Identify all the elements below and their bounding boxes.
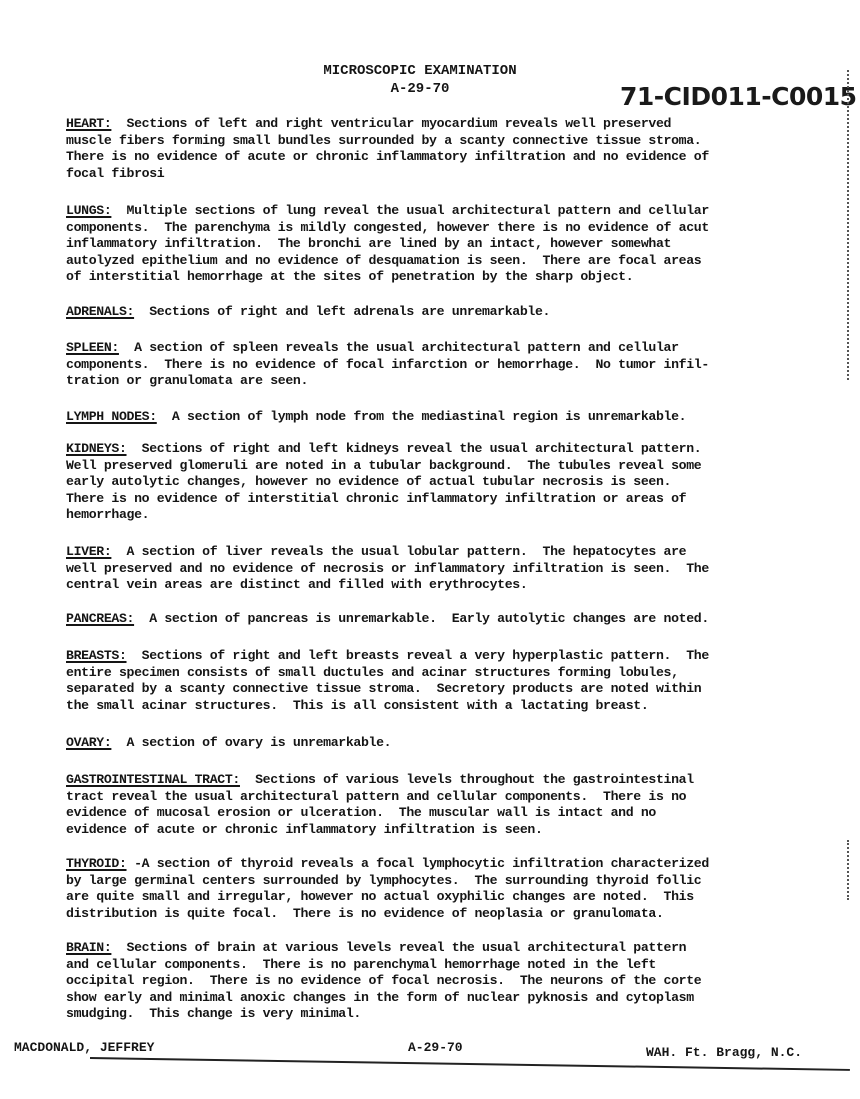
section-line: early autolytic changes, however no evid… [66, 474, 846, 491]
section-heading: SPLEEN: [66, 340, 119, 355]
section-line: OVARY: A section of ovary is unremarkabl… [66, 735, 846, 752]
section-ovary: OVARY: A section of ovary is unremarkabl… [66, 735, 846, 752]
section-line: separated by a scanty connective tissue … [66, 681, 846, 698]
section-heading: PANCREAS: [66, 611, 134, 626]
section-text: There is no evidence of acute or chronic… [66, 149, 709, 164]
section-line: smudging. This change is very minimal. [66, 1006, 846, 1023]
section-text: A section of spleen reveals the usual ar… [119, 340, 679, 355]
section-text: Sections of brain at various levels reve… [111, 940, 686, 955]
section-text: tract reveal the usual architectural pat… [66, 789, 686, 804]
section-text: and cellular components. There is no par… [66, 957, 656, 972]
section-heading: OVARY: [66, 735, 111, 750]
document-number-stamp: 71-CID011-C0015 [620, 82, 857, 111]
section-heading: LYMPH NODES: [66, 409, 157, 424]
section-line: entire specimen consists of small ductul… [66, 665, 846, 682]
section-text: the small acinar structures. This is all… [66, 698, 648, 713]
section-line: BREASTS: Sections of right and left brea… [66, 648, 846, 665]
section-line: central vein areas are distinct and fill… [66, 577, 846, 594]
section-heading: GASTROINTESTINAL TRACT: [66, 772, 240, 787]
section-text: tration or granulomata are seen. [66, 373, 308, 388]
section-line: hemorrhage. [66, 507, 846, 524]
scan-edge-marks [847, 70, 852, 380]
section-text: early autolytic changes, however no evid… [66, 474, 671, 489]
scan-edge-marks-lower [847, 840, 852, 900]
section-line: tract reveal the usual architectural pat… [66, 789, 846, 806]
section-line: show early and minimal anoxic changes in… [66, 990, 846, 1007]
section-text: Sections of left and right ventricular m… [111, 116, 671, 131]
section-text: Sections of right and left breasts revea… [127, 648, 709, 663]
section-text: A section of lymph node from the mediast… [157, 409, 686, 424]
section-text: autolyzed epithelium and no evidence of … [66, 253, 701, 268]
section-breasts: BREASTS: Sections of right and left brea… [66, 648, 846, 714]
section-line: evidence of acute or chronic inflammator… [66, 822, 846, 839]
footer-location: WAH. Ft. Bragg, N.C. [646, 1045, 802, 1060]
document-title: MICROSCOPIC EXAMINATION A-29-70 [300, 62, 540, 98]
section-line: muscle fibers forming small bundles surr… [66, 133, 846, 150]
section-thyroid: THYROID: -A section of thyroid reveals a… [66, 856, 846, 922]
section-line: autolyzed epithelium and no evidence of … [66, 253, 846, 270]
section-text: distribution is quite focal. There is no… [66, 906, 664, 921]
section-line: the small acinar structures. This is all… [66, 698, 846, 715]
section-heading: KIDNEYS: [66, 441, 127, 456]
section-line: PANCREAS: A section of pancreas is unrem… [66, 611, 846, 628]
section-text: occipital region. There is no evidence o… [66, 973, 701, 988]
section-line: occipital region. There is no evidence o… [66, 973, 846, 990]
section-line: LUNGS: Multiple sections of lung reveal … [66, 203, 846, 220]
section-line: components. The parenchyma is mildly con… [66, 220, 846, 237]
section-text: -A section of thyroid reveals a focal ly… [127, 856, 709, 871]
section-pancreas: PANCREAS: A section of pancreas is unrem… [66, 611, 846, 628]
section-text: well preserved and no evidence of necros… [66, 561, 709, 576]
section-text: There is no evidence of interstitial chr… [66, 491, 686, 506]
section-line: THYROID: -A section of thyroid reveals a… [66, 856, 846, 873]
section-lungs: LUNGS: Multiple sections of lung reveal … [66, 203, 846, 286]
section-line: KIDNEYS: Sections of right and left kidn… [66, 441, 846, 458]
section-line: tration or granulomata are seen. [66, 373, 846, 390]
section-text: inflammatory infiltration. The bronchi a… [66, 236, 671, 251]
section-line: components. There is no evidence of foca… [66, 357, 846, 374]
section-lymph-nodes: LYMPH NODES: A section of lymph node fro… [66, 409, 846, 426]
section-text: evidence of mucosal erosion or ulceratio… [66, 805, 656, 820]
section-line: There is no evidence of interstitial chr… [66, 491, 846, 508]
section-line: well preserved and no evidence of necros… [66, 561, 846, 578]
section-text: show early and minimal anoxic changes in… [66, 990, 694, 1005]
section-text: muscle fibers forming small bundles surr… [66, 133, 701, 148]
section-heading: HEART: [66, 116, 111, 131]
section-text: components. There is no evidence of foca… [66, 357, 709, 372]
section-text: Multiple sections of lung reveal the usu… [111, 203, 709, 218]
section-adrenals: ADRENALS: Sections of right and left adr… [66, 304, 846, 321]
section-line: are quite small and irregular, however n… [66, 889, 846, 906]
document-page: MICROSCOPIC EXAMINATION A-29-70 71-CID01… [0, 0, 860, 1099]
title-date: A-29-70 [300, 80, 540, 98]
section-heading: LIVER: [66, 544, 111, 559]
section-text: focal fibrosi [66, 166, 164, 181]
section-line: by large germinal centers surrounded by … [66, 873, 846, 890]
title-text: MICROSCOPIC EXAMINATION [300, 62, 540, 80]
section-heading: ADRENALS: [66, 304, 134, 319]
section-heading: BRAIN: [66, 940, 111, 955]
footer-patient-name: MACDONALD, JEFFREY [14, 1040, 154, 1055]
section-text: Well preserved glomeruli are noted in a … [66, 458, 701, 473]
section-line: HEART: Sections of left and right ventri… [66, 116, 846, 133]
section-text: hemorrhage. [66, 507, 149, 522]
section-text: of interstitial hemorrhage at the sites … [66, 269, 633, 284]
section-line: There is no evidence of acute or chronic… [66, 149, 846, 166]
section-line: of interstitial hemorrhage at the sites … [66, 269, 846, 286]
section-line: BRAIN: Sections of brain at various leve… [66, 940, 846, 957]
section-text: entire specimen consists of small ductul… [66, 665, 679, 680]
section-text: central vein areas are distinct and fill… [66, 577, 527, 592]
section-text: are quite small and irregular, however n… [66, 889, 694, 904]
section-line: distribution is quite focal. There is no… [66, 906, 846, 923]
section-text: smudging. This change is very minimal. [66, 1006, 361, 1021]
section-text: Sections of various levels throughout th… [240, 772, 694, 787]
section-text: A section of ovary is unremarkable. [111, 735, 391, 750]
section-kidneys: KIDNEYS: Sections of right and left kidn… [66, 441, 846, 524]
section-heart: HEART: Sections of left and right ventri… [66, 116, 846, 182]
section-spleen: SPLEEN: A section of spleen reveals the … [66, 340, 846, 390]
section-line: LYMPH NODES: A section of lymph node fro… [66, 409, 846, 426]
section-text: by large germinal centers surrounded by … [66, 873, 701, 888]
section-line: GASTROINTESTINAL TRACT: Sections of vari… [66, 772, 846, 789]
section-heading: BREASTS: [66, 648, 127, 663]
section-heading: LUNGS: [66, 203, 111, 218]
section-brain: BRAIN: Sections of brain at various leve… [66, 940, 846, 1023]
section-line: evidence of mucosal erosion or ulceratio… [66, 805, 846, 822]
section-line: LIVER: A section of liver reveals the us… [66, 544, 846, 561]
section-text: separated by a scanty connective tissue … [66, 681, 701, 696]
section-text: Sections of right and left kidneys revea… [127, 441, 702, 456]
section-line: inflammatory infiltration. The bronchi a… [66, 236, 846, 253]
section-line: ADRENALS: Sections of right and left adr… [66, 304, 846, 321]
section-text: evidence of acute or chronic inflammator… [66, 822, 543, 837]
section-gastrointestinal-tract: GASTROINTESTINAL TRACT: Sections of vari… [66, 772, 846, 838]
section-line: and cellular components. There is no par… [66, 957, 846, 974]
section-text: components. The parenchyma is mildly con… [66, 220, 709, 235]
section-text: A section of liver reveals the usual lob… [111, 544, 686, 559]
section-line: Well preserved glomeruli are noted in a … [66, 458, 846, 475]
section-liver: LIVER: A section of liver reveals the us… [66, 544, 846, 594]
section-text: A section of pancreas is unremarkable. E… [134, 611, 709, 626]
section-text: Sections of right and left adrenals are … [134, 304, 550, 319]
section-line: SPLEEN: A section of spleen reveals the … [66, 340, 846, 357]
footer-date: A-29-70 [408, 1040, 463, 1055]
section-heading: THYROID: [66, 856, 127, 871]
section-line: focal fibrosi [66, 166, 846, 183]
